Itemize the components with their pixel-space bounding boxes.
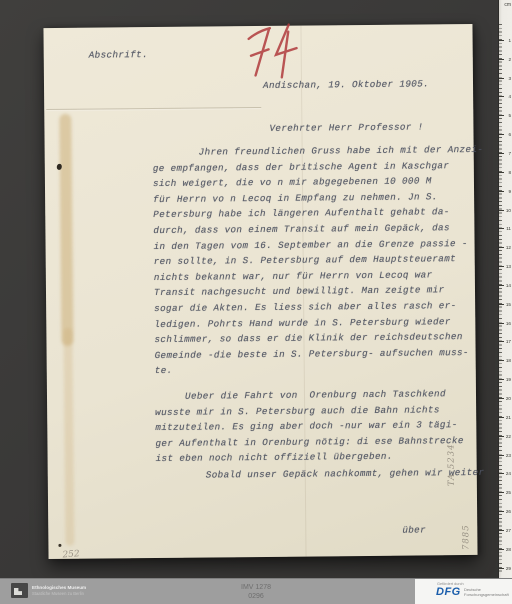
ruler-major-tick bbox=[499, 436, 504, 437]
ruler-major-tick bbox=[499, 398, 504, 399]
ruler-number: 8 bbox=[508, 170, 511, 175]
dateline: Andischan, 19. Oktober 1905. bbox=[263, 76, 429, 93]
ruler-major-tick bbox=[499, 530, 504, 531]
ruler-major-tick bbox=[499, 172, 504, 173]
letter-page: Abschrift. Andischan, 19. Oktober 1905. … bbox=[43, 24, 477, 559]
scan-viewer: Abschrift. Andischan, 19. Oktober 1905. … bbox=[0, 0, 512, 604]
ruler-major-tick bbox=[499, 153, 504, 154]
ruler-major-tick bbox=[499, 266, 504, 267]
pencil-number-annotation: 7885 bbox=[461, 492, 472, 550]
ruler-major-tick bbox=[499, 40, 504, 41]
dfg-logo: DFG bbox=[436, 587, 461, 598]
ruler-major-tick bbox=[499, 78, 504, 79]
ruler-number: 19 bbox=[506, 377, 511, 382]
ruler-number: 23 bbox=[506, 453, 511, 458]
ruler-number: 11 bbox=[506, 226, 511, 231]
ruler-number: 16 bbox=[506, 321, 511, 326]
footer-bar: Ethnologisches Museum Staatliche Museen … bbox=[0, 578, 512, 604]
ruler-number: 17 bbox=[506, 339, 511, 344]
ruler-number: 10 bbox=[506, 208, 511, 213]
ruler-number: 7 bbox=[508, 151, 511, 156]
ruler-major-tick bbox=[499, 549, 504, 550]
ruler-number: 21 bbox=[506, 415, 511, 420]
ruler-number: 4 bbox=[508, 94, 511, 99]
funding-org: Deutsche Forschungsgemeinschaft bbox=[464, 588, 510, 597]
ruler-number: 27 bbox=[506, 528, 511, 533]
ruler-number: 18 bbox=[506, 358, 511, 363]
ruler-number: 29 bbox=[506, 566, 511, 571]
ruler-number: 26 bbox=[506, 509, 511, 514]
ruler-number: 20 bbox=[506, 396, 511, 401]
ruler-major-tick bbox=[499, 473, 504, 474]
catchword: über bbox=[402, 522, 426, 538]
ruler-number: 15 bbox=[506, 302, 511, 307]
pencil-number-bottom-left: 252 bbox=[62, 549, 80, 560]
ruler-major-tick bbox=[499, 115, 504, 116]
ruler-major-tick bbox=[499, 323, 504, 324]
ruler-number: 28 bbox=[506, 547, 511, 552]
ruler-number: 25 bbox=[506, 490, 511, 495]
ruler-major-tick bbox=[499, 134, 504, 135]
ruler-number: 12 bbox=[506, 245, 511, 250]
salutation: Verehrter Herr Professor ! bbox=[269, 119, 423, 136]
ruler-major-tick bbox=[499, 417, 504, 418]
ruler-major-tick bbox=[499, 511, 504, 512]
ruler-number: 3 bbox=[508, 76, 511, 81]
ruler-major-tick bbox=[499, 285, 504, 286]
ruler-major-tick bbox=[499, 455, 504, 456]
ruler-major-tick bbox=[499, 59, 504, 60]
ruler-major-tick bbox=[499, 96, 504, 97]
ruler-number: 9 bbox=[508, 189, 511, 194]
ruler-number: 24 bbox=[506, 471, 511, 476]
ruler-major-tick bbox=[499, 228, 504, 229]
ruler-number: 22 bbox=[506, 434, 511, 439]
ruler: cm 1234567891011121314151617181920212223… bbox=[498, 0, 512, 578]
ruler-major-tick bbox=[499, 360, 504, 361]
glue-stain-upper bbox=[59, 114, 73, 346]
ruler-number: 6 bbox=[508, 132, 511, 137]
ruler-major-tick bbox=[499, 191, 504, 192]
ruler-major-tick bbox=[499, 210, 504, 211]
ruler-major-tick bbox=[499, 492, 504, 493]
ruler-number: 2 bbox=[508, 57, 511, 62]
ruler-major-tick bbox=[499, 568, 504, 569]
letter-paragraph-2: Ueber die Fahrt von Orenburg nach Taschk… bbox=[155, 386, 490, 467]
ruler-number: 1 bbox=[508, 38, 511, 43]
ruler-unit-label: cm bbox=[504, 2, 511, 8]
letter-paragraph-1: Jhren freundlichen Gruss habe ich mit de… bbox=[153, 142, 489, 379]
ruler-major-tick bbox=[499, 247, 504, 248]
ruler-number: 13 bbox=[506, 264, 511, 269]
funding-credit: Gefördert durch DFG Deutsche Forschungsg… bbox=[415, 579, 512, 604]
ink-speck bbox=[58, 544, 61, 547]
ruler-major-tick bbox=[499, 304, 504, 305]
paper-crease-horizontal bbox=[46, 107, 261, 110]
ruler-number: 5 bbox=[508, 113, 511, 118]
ruler-major-tick bbox=[499, 379, 504, 380]
glue-stain-lower bbox=[63, 328, 74, 546]
ruler-number: 14 bbox=[506, 283, 511, 288]
pencil-inventory-annotation: TA 5234 bbox=[446, 394, 457, 486]
handwritten-red-folio-number bbox=[241, 17, 308, 84]
ruler-major-tick bbox=[499, 341, 504, 342]
copy-label: Abschrift. bbox=[89, 47, 148, 63]
